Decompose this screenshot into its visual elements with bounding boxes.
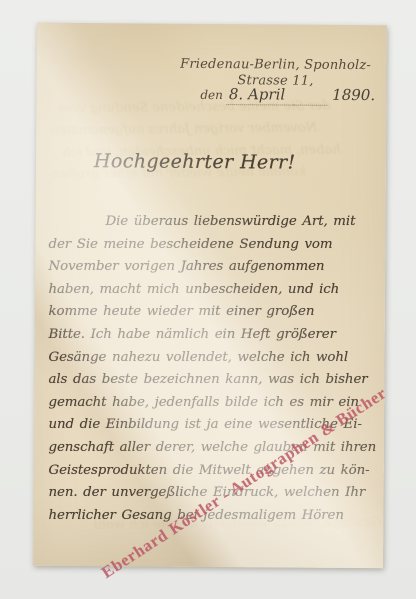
body-line: Gesänge nahezu vollendet, welche ich woh…	[48, 347, 384, 370]
date-day-month-handwritten: 8. April	[226, 85, 293, 105]
body-line: Geistesprodukten die Mitwelt angehen zu …	[48, 460, 384, 483]
body-line: November vorigen Jahres aufgenommen	[48, 256, 384, 279]
salutation: Hochgeehrter Herr!	[94, 150, 296, 173]
body-line: Bitte. Ich habe nämlich ein Heft größere…	[48, 324, 384, 347]
body-line: Die überaus liebenswürdige Art, mit	[48, 211, 384, 234]
ghost-writing: November vorigen Jahres aufgenommen	[50, 120, 317, 138]
date-line: den 8. April 1890.	[200, 85, 375, 106]
body-line: komme heute wieder mit einer großen	[48, 301, 384, 324]
letter-photograph: der Sie meine bescheidene Sendung vom No…	[0, 0, 416, 599]
body-line: haben, macht mich unbescheiden, und ich	[48, 279, 384, 302]
letter-paper: der Sie meine bescheidene Sendung vom No…	[33, 23, 387, 568]
body-line: genschaft aller derer, welche glauben mi…	[48, 437, 384, 460]
body-line: als das beste bezeichnen kann, was ich b…	[48, 369, 384, 392]
date-year-handwritten: 1890.	[327, 86, 375, 104]
date-dotted-rule	[293, 86, 327, 106]
date-prefix-printed: den	[200, 88, 223, 102]
body-line: gemacht habe, jedenfalls bilde ich es mi…	[48, 392, 384, 415]
letter-body: Die überaus liebenswürdige Art, mit der …	[48, 211, 384, 527]
body-line: der Sie meine bescheidene Sendung vom	[48, 234, 384, 257]
